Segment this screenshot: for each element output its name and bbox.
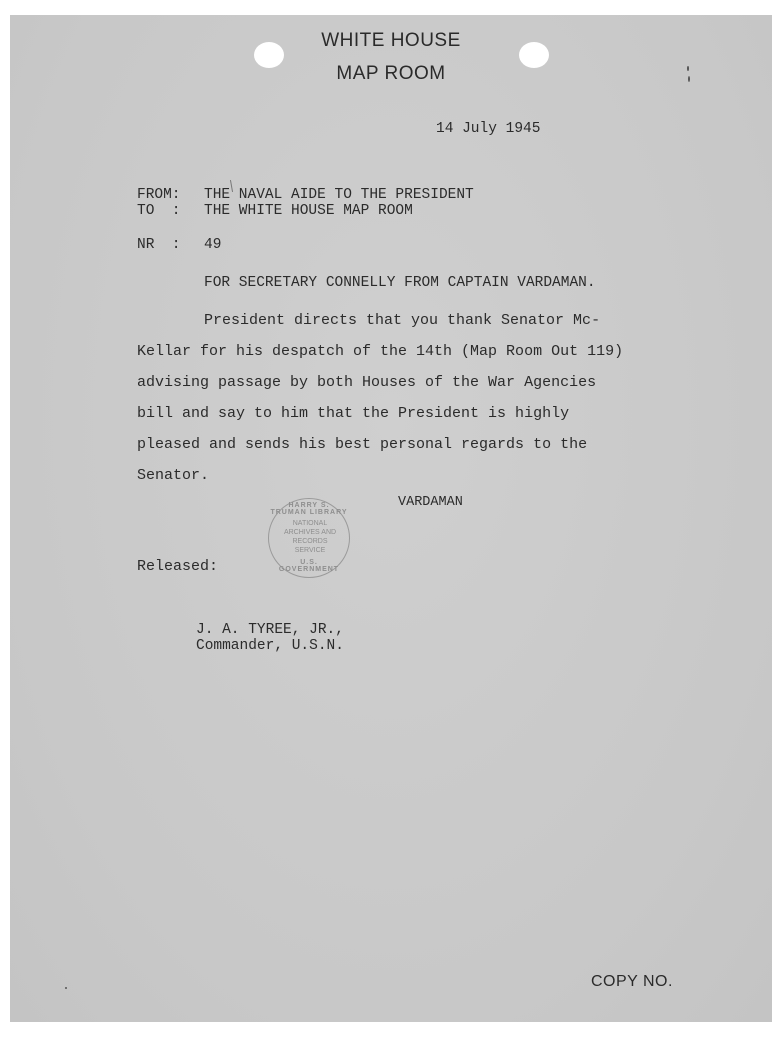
document-page [10,15,772,1022]
stamp-ring-top: HARRY S. TRUMAN LIBRARY [269,502,349,516]
paper-speck [687,66,689,71]
stamp-line: SERVICE [283,546,337,555]
body-line: bill and say to him that the President i… [137,406,569,421]
released-label: Released: [137,559,218,574]
body-line: pleased and sends his best personal rega… [137,437,587,452]
releaser-name: J. A. TYREE, JR., [196,623,344,638]
stamp-line: ARCHIVES AND [283,528,337,537]
document-date: 14 July 1945 [436,122,540,137]
letterhead-subtitle: MAP ROOM [241,63,541,85]
paper-speck [65,987,67,989]
paper-speck [688,76,690,82]
body-line: President directs that you thank Senator… [204,313,600,328]
nr-value: 49 [204,238,221,253]
stamp-line: RECORDS [283,537,337,546]
body-line: advising passage by both Houses of the W… [137,375,596,390]
stamp-center: NATIONAL ARCHIVES AND RECORDS SERVICE [283,519,337,555]
signature: VARDAMAN [398,496,463,510]
stamp-line: NATIONAL [283,519,337,528]
to-label: TO : [137,204,181,219]
archive-stamp: HARRY S. TRUMAN LIBRARY NATIONAL ARCHIVE… [268,498,350,578]
from-label: FROM: [137,188,181,203]
stamp-ring-bottom: U.S. GOVERNMENT [269,559,349,573]
body-line: Kellar for his despatch of the 14th (Map… [137,344,623,359]
body-line: Senator. [137,468,209,483]
to-value: THE WHITE HOUSE MAP ROOM [204,204,413,219]
copy-number-label: COPY NO. [591,973,673,991]
releaser-title: Commander, U.S.N. [196,639,344,654]
message-subject: FOR SECRETARY CONNELLY FROM CAPTAIN VARD… [204,276,596,291]
from-value: THE NAVAL AIDE TO THE PRESIDENT [204,188,474,203]
letterhead-title: WHITE HOUSE [241,30,541,52]
nr-label: NR : [137,238,181,253]
